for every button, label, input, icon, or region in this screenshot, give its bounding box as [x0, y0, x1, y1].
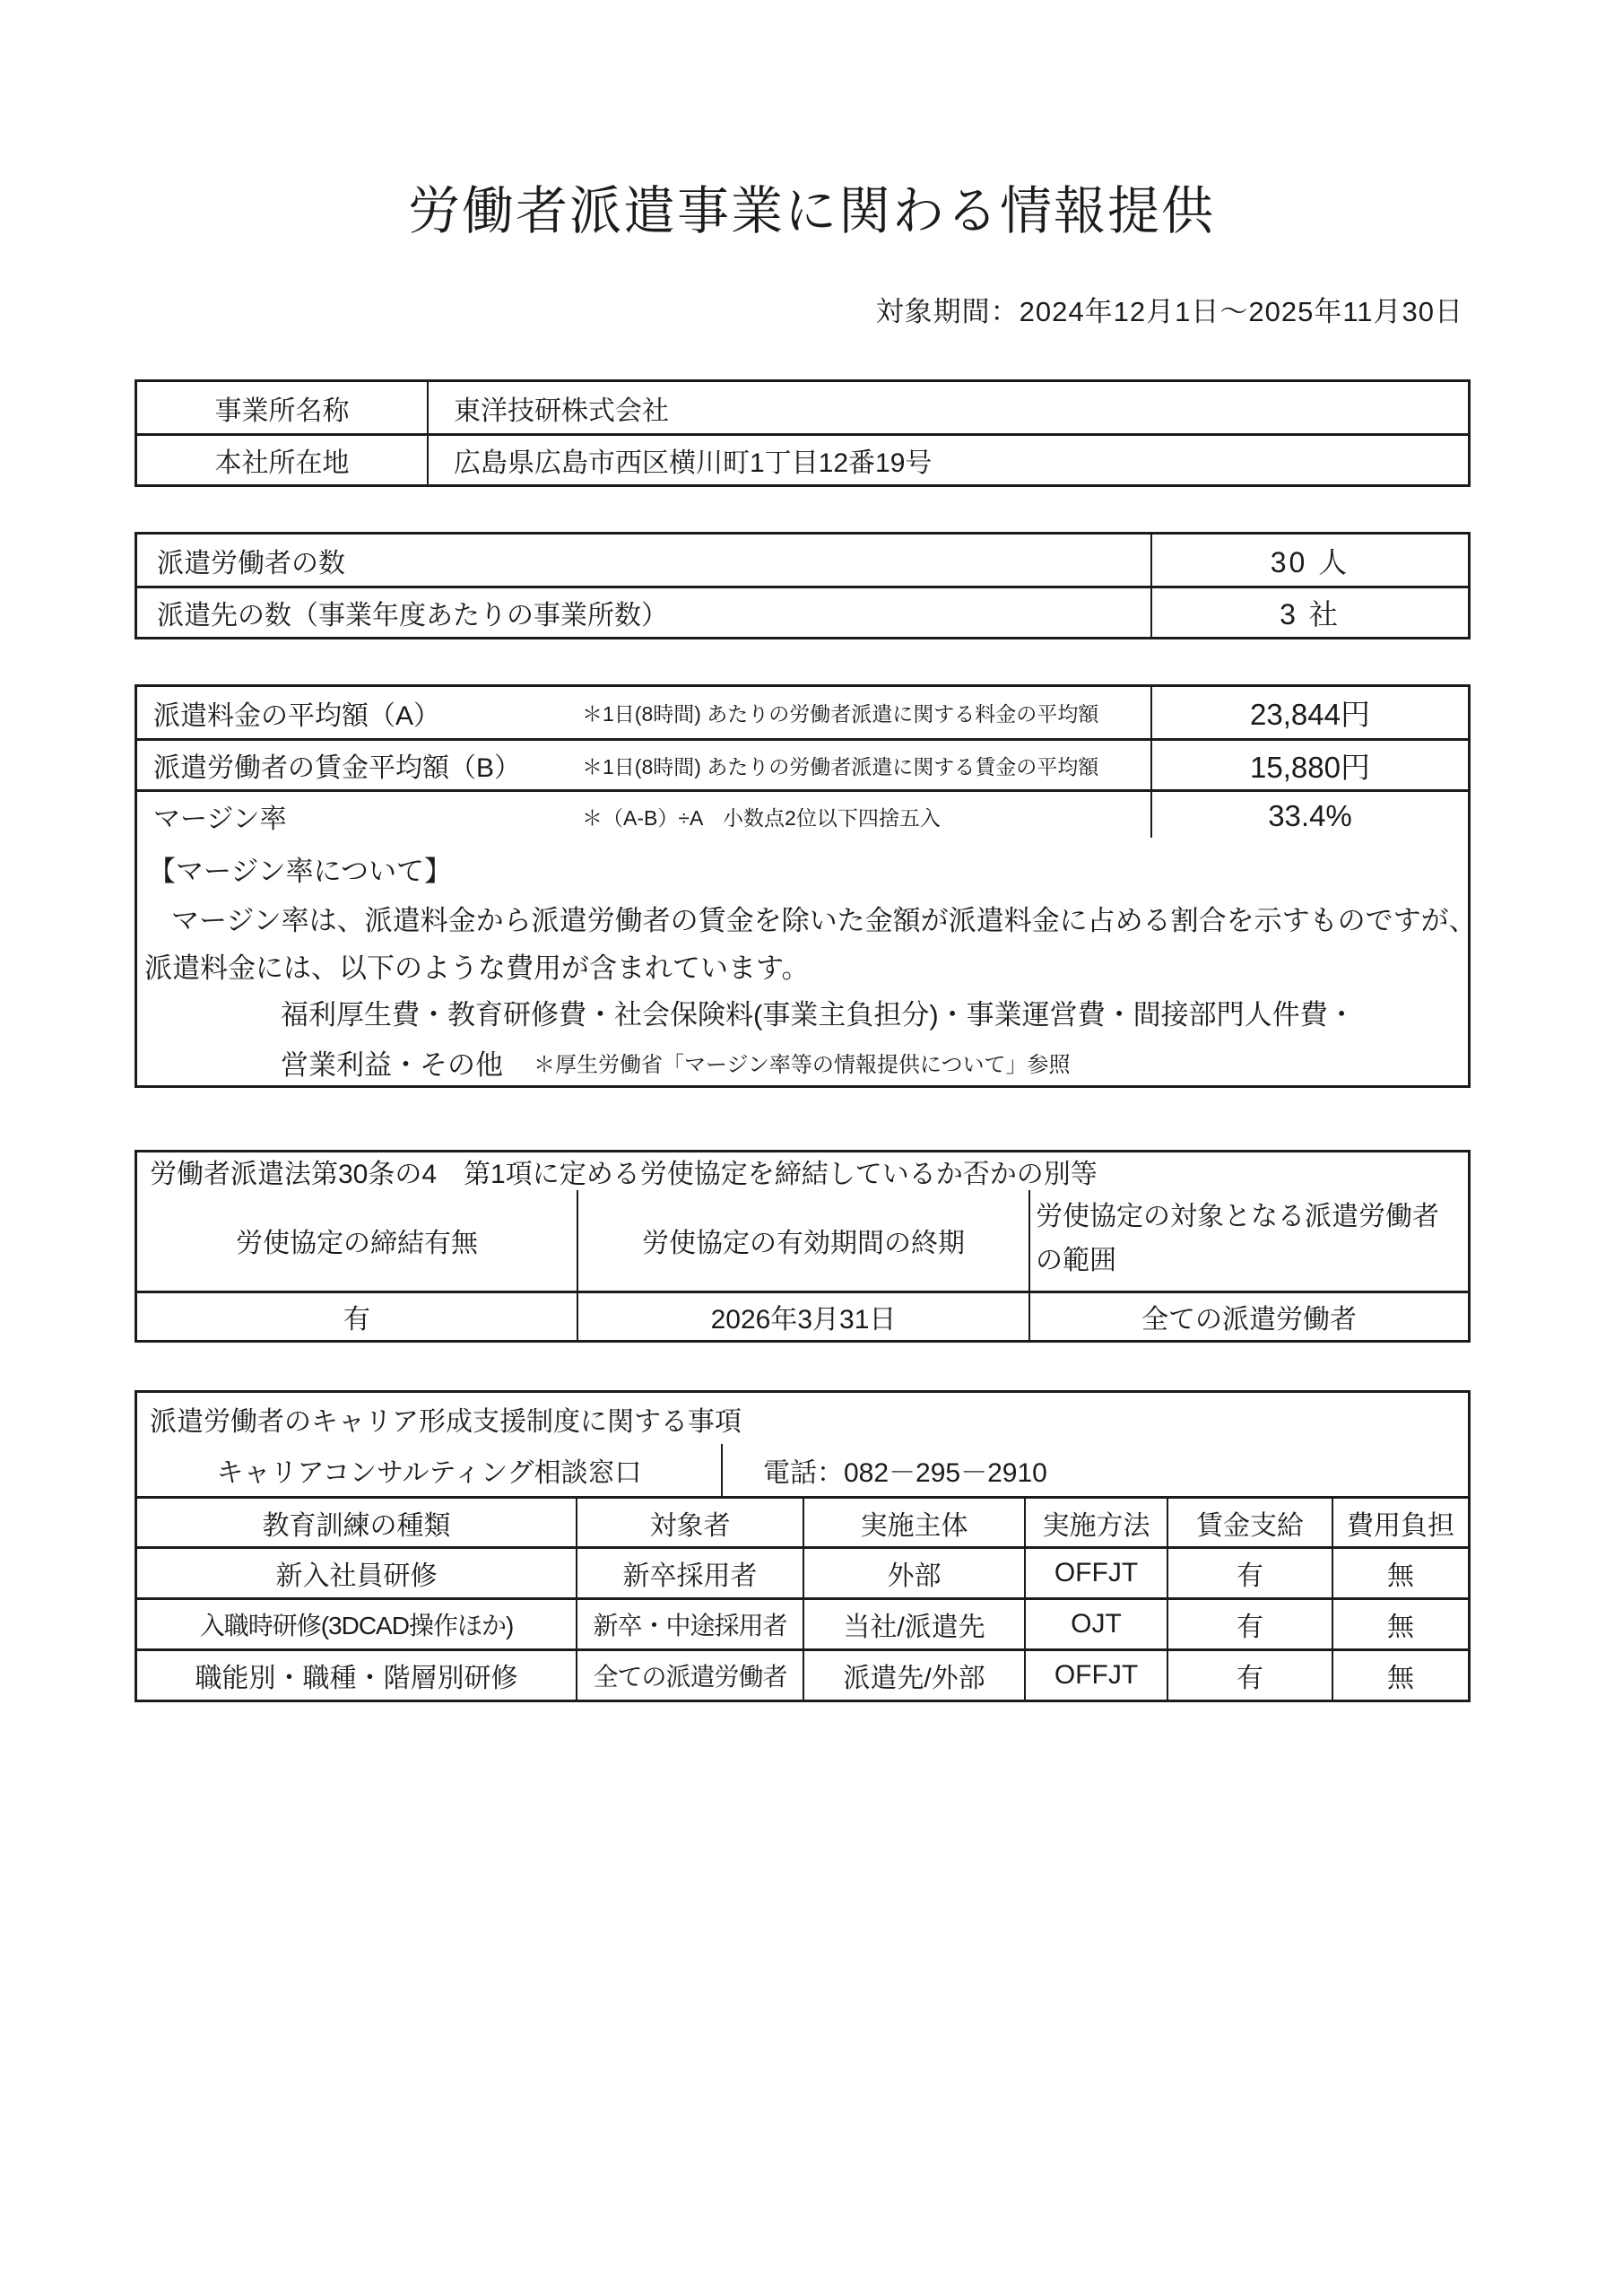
career-consult-row: キャリアコンサルティング相談窓口 電話：082－295－2910: [137, 1444, 1468, 1496]
office-table: 事業所名称 東洋技研株式会社 本社所在地 広島県広島市西区横川町1丁目12番19…: [135, 379, 1471, 487]
training-target: 新卒・中途採用者: [576, 1600, 803, 1648]
margin-note-line4-ref: ＊厚生労働省「マージン率等の情報提供について」参照: [534, 1047, 1070, 1078]
career-header-type: 教育訓練の種類: [137, 1499, 576, 1546]
fee-average-value: 23,844円: [1150, 687, 1468, 738]
training-cost: 無: [1332, 1600, 1468, 1648]
office-name-value: 東洋技研株式会社: [427, 382, 1468, 433]
margin-rate-cell: マージン率 ＊（A-B）÷A 小数点2位以下四捨五入: [137, 792, 1150, 840]
career-header-row: 教育訓練の種類 対象者 実施主体 実施方法 賃金支給 費用負担: [137, 1496, 1468, 1546]
training-cost: 無: [1332, 1651, 1468, 1700]
agreement-header-existence: 労使協定の締結有無: [137, 1190, 577, 1291]
target-period: 対象期間：2024年12月1日～2025年11月30日: [876, 289, 1463, 329]
training-method: OFFJT: [1024, 1549, 1167, 1597]
training-type: 新入社員研修: [137, 1549, 576, 1597]
margin-note-line4-text: 営業利益・その他: [281, 1042, 503, 1083]
career-data-row: 新入社員研修 新卒採用者 外部 OFFJT 有 無: [137, 1546, 1468, 1597]
career-header-method: 実施方法: [1024, 1499, 1167, 1546]
agreement-existence-value: 有: [137, 1293, 577, 1340]
career-consult-label: キャリアコンサルティング相談窓口: [137, 1444, 721, 1496]
margin-note-line3: 福利厚生費・教育研修費・社会保険料(事業主負担分)・事業運営費・間接部門人件費・: [281, 992, 1356, 1032]
table-row: 派遣料金の平均額（A） ＊1日(8時間) あたりの労働者派遣に関する料金の平均額…: [137, 687, 1468, 738]
fee-average-note: ＊1日(8時間) あたりの労働者派遣に関する料金の平均額: [582, 698, 1150, 727]
career-header-provider: 実施主体: [803, 1499, 1024, 1546]
fee-average-cell: 派遣料金の平均額（A） ＊1日(8時間) あたりの労働者派遣に関する料金の平均額: [137, 687, 1150, 738]
page-title: 労働者派遣事業に関わる情報提供: [0, 169, 1623, 244]
training-provider: 外部: [803, 1549, 1024, 1597]
career-title-row: 派遣労働者のキャリア形成支援制度に関する事項: [137, 1393, 1468, 1444]
table-row: 派遣先の数（事業年度あたりの事業所数） 3 社: [137, 586, 1468, 637]
agreement-table: 労働者派遣法第30条の4 第1項に定める労使協定を締結しているか否かの別等 労使…: [135, 1150, 1471, 1343]
margin-rate-label: マージン率: [153, 796, 582, 836]
fee-average-label: 派遣料金の平均額（A）: [153, 693, 582, 733]
training-type: 入職時研修(3DCAD操作ほか): [137, 1600, 576, 1648]
career-header-cost: 費用負担: [1332, 1499, 1468, 1546]
agreement-title-row: 労働者派遣法第30条の4 第1項に定める労使協定を締結しているか否かの別等: [137, 1152, 1468, 1190]
margin-rate-note: ＊（A-B）÷A 小数点2位以下四捨五入: [582, 802, 1150, 831]
training-wage: 有: [1167, 1549, 1332, 1597]
career-table: 派遣労働者のキャリア形成支援制度に関する事項 キャリアコンサルティング相談窓口 …: [135, 1390, 1471, 1702]
career-data-row: 職能別・職種・階層別研修 全ての派遣労働者 派遣先/外部 OFFJT 有 無: [137, 1648, 1468, 1700]
career-header-wage: 賃金支給: [1167, 1499, 1332, 1546]
training-provider: 当社/派遣先: [803, 1600, 1024, 1648]
training-cost: 無: [1332, 1549, 1468, 1597]
table-row: 事業所名称 東洋技研株式会社: [137, 382, 1468, 433]
training-type: 職能別・職種・階層別研修: [137, 1651, 576, 1700]
table-row: マージン率 ＊（A-B）÷A 小数点2位以下四捨五入 33.4%: [137, 789, 1468, 840]
agreement-title: 労働者派遣法第30条の4 第1項に定める労使協定を締結しているか否かの別等: [150, 1152, 1098, 1191]
career-consult-phone: 電話：082－295－2910: [721, 1444, 1468, 1496]
agreement-value-row: 有 2026年3月31日 全ての派遣労働者: [137, 1291, 1468, 1340]
client-count-value: 3 社: [1150, 588, 1468, 637]
wage-average-note: ＊1日(8時間) あたりの労働者派遣に関する賃金の平均額: [582, 751, 1150, 780]
margin-note-line2: 派遣料金には、以下のような費用が含まれています。: [144, 945, 810, 986]
wage-average-value: 15,880円: [1150, 741, 1468, 789]
margin-table: 派遣料金の平均額（A） ＊1日(8時間) あたりの労働者派遣に関する料金の平均額…: [135, 684, 1471, 843]
wage-average-label: 派遣労働者の賃金平均額（B）: [153, 745, 582, 785]
training-provider: 派遣先/外部: [803, 1651, 1024, 1700]
agreement-scope-value: 全ての派遣労働者: [1028, 1293, 1468, 1340]
table-row: 派遣労働者の数 30 人: [137, 535, 1468, 586]
client-count-label: 派遣先の数（事業年度あたりの事業所数）: [137, 588, 1150, 637]
training-target: 全ての派遣労働者: [576, 1651, 803, 1700]
agreement-header-row: 労使協定の締結有無 労使協定の有効期間の終期 労使協定の対象となる派遣労働者の範…: [137, 1190, 1468, 1291]
margin-note-line1: マージン率は、派遣料金から派遣労働者の賃金を除いた金額が派遣料金に占める割合を示…: [171, 898, 1477, 938]
table-row: 本社所在地 広島県広島市西区横川町1丁目12番19号: [137, 433, 1468, 484]
training-wage: 有: [1167, 1600, 1332, 1648]
document-page: 労働者派遣事業に関わる情報提供 対象期間：2024年12月1日～2025年11月…: [0, 0, 1623, 2296]
counts-table: 派遣労働者の数 30 人 派遣先の数（事業年度あたりの事業所数） 3 社: [135, 532, 1471, 639]
table-row: 派遣労働者の賃金平均額（B） ＊1日(8時間) あたりの労働者派遣に関する賃金の…: [137, 738, 1468, 789]
agreement-expiry-value: 2026年3月31日: [577, 1293, 1028, 1340]
training-wage: 有: [1167, 1651, 1332, 1700]
margin-note-line4: 営業利益・その他 ＊厚生労働省「マージン率等の情報提供について」参照: [281, 1042, 1070, 1083]
office-name-label: 事業所名称: [137, 382, 427, 433]
margin-rate-value: 33.4%: [1150, 792, 1468, 840]
dispatched-workers-value: 30 人: [1150, 535, 1468, 586]
agreement-header-scope: 労使協定の対象となる派遣労働者の範囲: [1028, 1190, 1468, 1291]
wage-average-cell: 派遣労働者の賃金平均額（B） ＊1日(8時間) あたりの労働者派遣に関する賃金の…: [137, 741, 1150, 789]
career-data-row: 入職時研修(3DCAD操作ほか) 新卒・中途採用者 当社/派遣先 OJT 有 無: [137, 1597, 1468, 1648]
training-method: OJT: [1024, 1600, 1167, 1648]
career-header-target: 対象者: [576, 1499, 803, 1546]
career-title: 派遣労働者のキャリア形成支援制度に関する事項: [150, 1399, 742, 1439]
margin-note-box: 【マージン率について】 マージン率は、派遣料金から派遣労働者の賃金を除いた金額が…: [135, 838, 1471, 1088]
margin-note-heading: 【マージン率について】: [148, 848, 452, 889]
agreement-header-expiry: 労使協定の有効期間の終期: [577, 1190, 1028, 1291]
head-office-value: 広島県広島市西区横川町1丁目12番19号: [427, 436, 1468, 484]
dispatched-workers-label: 派遣労働者の数: [137, 535, 1150, 586]
training-target: 新卒採用者: [576, 1549, 803, 1597]
training-method: OFFJT: [1024, 1651, 1167, 1700]
head-office-label: 本社所在地: [137, 436, 427, 484]
